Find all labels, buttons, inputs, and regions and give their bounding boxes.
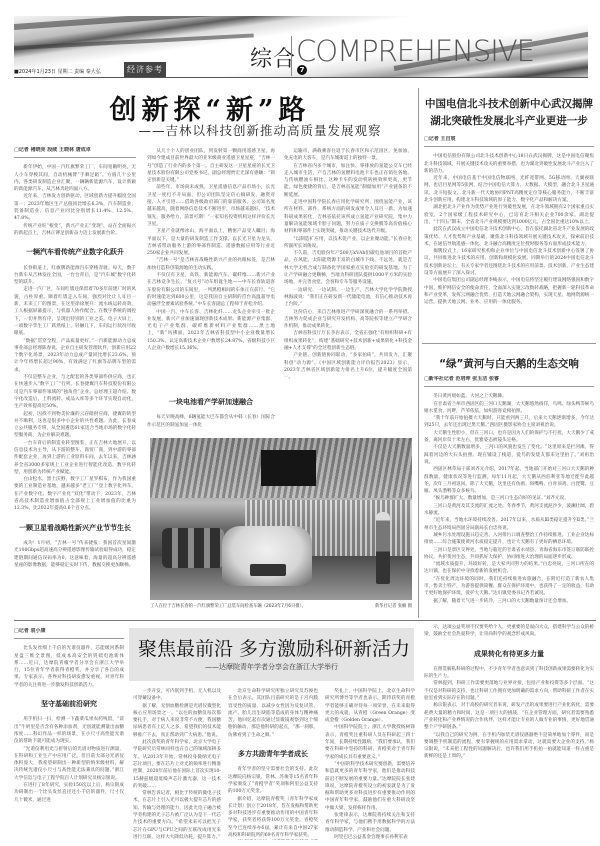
paragraph: “数据”贯穿全程，产品质量更好。”一汽新能源动力总成事业部总经理陈春说。企业自主…	[14, 338, 136, 374]
bottom-article-column-1: □记者 袁小康 比头发丝细上千倍的光谱仪器件，芯能级河系制星盘三维全景图，低成本…	[14, 628, 124, 840]
paragraph: 每天早晚高峰，6辆氢能大巴车都会从中韩（长春）国际合作示范区的制氢加氢一体化	[147, 414, 275, 429]
paragraph: 揭牌仪式上，16家研究机构和企业单位与中国电信北斗技术创新中心签署了协议，共同推…	[424, 248, 594, 277]
paragraph: 白山松水，黑土沃野，数字工厂星罗棋布，作为我国重要的工业制造业基地，越来越多“老…	[14, 476, 136, 512]
paragraph: 中国一汽、中车长客、吉林化纤……龙头企业牵引一批企业发展，新兴产业加速涌现创新技…	[147, 309, 275, 353]
masthead: 综合 COMPREHENSIVE 7 ■2024年1月23日 星期二 责编 秦大…	[14, 16, 588, 78]
paragraph: 常林提到，科研工作需要更落地与业界对接，包括产业和投资等多个层面。“这不仅是对科…	[424, 680, 594, 702]
paragraph: “吉林一号”是吉林省战略性新兴产业的亮眼标签，是吉林加快打造科创策源地的生动实践…	[147, 257, 275, 272]
masthead-stripe	[14, 33, 254, 50]
paragraph: 据介绍，达摩院青橙奖（青年科学家成长计划）创立于2018年，旨在发掘和帮助更多对…	[228, 796, 318, 840]
paragraph: 卫星产业就像冰山，海平面以上，精密产品受人瞩目；海平面以下，是大量的研发制造工作…	[147, 228, 275, 257]
section-subhead: 成果转化有待更多力量	[424, 651, 594, 658]
paragraph: 一边研究、一边试制、一边生产，吉林大学化学学院教授林海波说：“我们正在研发新一代…	[284, 287, 412, 309]
paragraph: 近年来，中国电信基于中国电信物联网、光纤宽带网、5G移动网、天翼视联网，也启目星…	[424, 175, 594, 204]
main-article-column-1: □记者 褚晓亮 段续 王晓林 唐成卓 新年伊始，中国一汽红旗繁荣工厂，车间宽敞明…	[14, 147, 136, 622]
paragraph: 不仅仅有卫星，高铁、新能源汽车、碳纤维……新兴产业在吉林竞争生长。“复兴号”动车…	[147, 272, 275, 308]
bottom-article-column-3: 北京生命科学研究所独立研究员苏俊也在会后表示，其团队目前研究的是子宫内膜容受性的…	[228, 688, 318, 840]
paragraph: 湖北把北斗产业作为优势产业进行突破性发展，在北斗领域拥有2个国家重点实验室，2个…	[424, 204, 594, 226]
main-article-column-2b: 一块电池看产学研加速融合 每天早晚高峰，6辆氢能大巴车都会从中韩（长春）国际合作…	[147, 395, 275, 435]
paragraph: 在照贯解私科研的过程中，不少青年学者也意识到了科技创新成果需要转化为实际的生产力…	[424, 666, 594, 681]
paragraph: 中国电信集团公司副总经理李峻表示，中国电信将坚定履行建设网络强国和数字中国、维护…	[424, 277, 594, 306]
paragraph: 起初，因找不到物美价廉的云存储供应商，捷翼的转型并不顺利，这也是很多中小企业的共…	[14, 411, 136, 440]
section-subhead: 多方共励青年学者成长	[228, 751, 318, 758]
section-subhead: 一辆汽车看传统产业数字化跃升	[14, 249, 136, 256]
paragraph: 在吉林省内多个城市，加注快、零排放的氢能公交车已经走入城市生活，产自吉林的氢燃料…	[284, 163, 412, 199]
bottom-article-column-4: 奖礼上，中国科学院上，北京生命科学研究所博导等学者也表示，期待获奖的青橙学者能够…	[325, 688, 415, 840]
paragraph: 中国电信股份有限公司北斗技术创新中心18日在武汉揭牌，这是中国电信聚焦北斗科技领…	[424, 153, 594, 175]
right-article-1-title-line-1: 中国电信北斗技术创新中心武汉揭牌	[424, 96, 594, 113]
paragraph: 此次获奖的青年科学家、北京大学电子学院研究员常林同样也在自己的领域深耕多年。从2…	[133, 739, 221, 790]
main-article-column-3: 运输市，满载乘客往返于长春市区和示范园区，免加油、免充电的大客车，是汽车城街道上…	[284, 148, 412, 436]
paragraph: 不仅是整车企业，与之配套的各类零部件供应商，也正在快速步入“数字工厂”行列。长春…	[14, 374, 136, 410]
paragraph: 从几十个人的创业团队，到发射第一颗商用遥感卫星，再到如今建成目前世界最大的亚米级…	[147, 148, 275, 184]
photo-car-row	[162, 528, 224, 568]
photo-caption: 工人在位于吉林长春的一汽红旗繁荣工厂总装车间检查车辆（2023年7月6日摄）。 …	[150, 603, 412, 609]
paragraph: 成功！1月初，“吉林一号”传来捷报：我国首次星间激光100Gbps超高速高分辨遥…	[14, 540, 136, 569]
paragraph: 张建锋表示，达摩院将持续关注和支持青年科学家，与他们携手用数据科学的方法推动制造…	[325, 812, 415, 834]
paragraph: 吉林省科技厅厅长李岩表示，全省正强化“有组织科研+有组织成果转化”，构建“基础研…	[284, 330, 412, 352]
bottom-subheadline: ——达摩院青年学者分享会在浙江大学举行	[129, 662, 414, 672]
photo-worker	[376, 512, 390, 584]
section-subhead: 一颗卫星看战略性新兴产业节节生长	[14, 525, 136, 532]
masthead-divider	[291, 36, 292, 76]
main-article-column-2: 从几十个人的创业团队，到发射第一颗商用遥感卫星，再到如今建成目前世界最大的亚米级…	[147, 148, 275, 393]
photo-car	[222, 526, 312, 586]
paragraph: 运输市，满载乘客往返于长春市区和示范园区，免加油、免充电的大客车，是汽车城街道上…	[284, 148, 412, 163]
photo-display-screen	[261, 450, 316, 486]
paragraph: 阿里巴巴公益基金会理事长孙利军表	[325, 834, 415, 840]
paragraph: 城乡污水处理设施日趋完善，入河排污口调查整治工作持续推进，工业企业达标排放……综…	[424, 532, 594, 547]
newspaper-logo: 经济参考报	[124, 62, 166, 78]
paragraph: 大天鹅生性胆小，但在三河口，也许是因为人们的保护与不打扰，大天鹅少了戒备，离河岸…	[424, 430, 594, 445]
paragraph: 西固区林草局干部刘齐元介绍，2017年起，当地部门开始对三河口大天鹅的种群数量、…	[424, 466, 594, 495]
paragraph: 传统产业旺“根变”，新兴产业正“变现”，站在全面振兴的新起点上，吉林正铆足创新奋…	[14, 223, 136, 238]
paragraph: 在甘肃省兰州市西固区的三河口天鹅湖，大天鹅悠然徜徉，鸟鸣、绿头鸭等候鸟嬉水觅食，…	[424, 401, 594, 416]
page-number-badge: 7	[297, 65, 307, 75]
paragraph: “以我自己的研究为例，在手机内加装光谱仪感器绝不是简单地加个零件，而是要调整手机…	[424, 732, 594, 761]
paragraph: 一台车背后的制造业转型图鉴，正在吉林大地展开。以信息技术为主导，从下游的整车、商…	[14, 440, 136, 476]
paragraph: 近年来，吉林发力创新驱动，区域创新力提升幅度全国第一；2023年地区生产总值同比…	[14, 193, 136, 222]
paragraph: “以制造扩应用，以技术促产业，以企业聚动能。”长春应化所副所长刘俊说。	[284, 236, 412, 251]
paragraph: 一步开发，可内嵌到手机、无人机以及可穿戴设备中。	[133, 688, 221, 703]
section-title-english: COMPREHENSIVE	[296, 34, 534, 68]
paragraph: 用手机扫一扫，检测一下蔬菜瓜果农药残留，“读出”牛奶里是否含有各种添加剂，无创就…	[14, 716, 124, 745]
bottom-headline: 聚焦最前沿 多方激励科研新活力	[129, 634, 419, 661]
paragraph: 常林告诉记者，相比于传统的微电子技术，在芯片上引入光可以极大提升芯片的感知、传输…	[133, 790, 221, 840]
paragraph: “候鸟种群扩大、数量增加，是三河口生态向好的见证。”刘齐元说。	[424, 495, 594, 502]
paragraph: 奖礼上，中国科学院上，北京生命科学研究所博导等学者也表示，期待获奖的青橙学者能够…	[325, 688, 415, 724]
paragraph: 比头发丝细上千倍的光谱仪器件，芯能级河系制星盘三维全景图，低成本高安全的钒硫电池…	[14, 645, 124, 689]
paragraph: 三河口是黄河及其支流的汇流之处。冬春季节，黄河支流泥沙少，波澜壮阔，碧水静流。	[424, 503, 594, 518]
main-byline: □记者 褚晓亮 段续 王晓林 唐成卓	[14, 147, 136, 158]
paragraph: 不仅是大天鹅数量增多，三河口的风貌也发生了变化。“这里原来是拦河滩，得踩着河边的…	[424, 444, 594, 466]
section-title: 综合	[250, 42, 296, 73]
paragraph: “在优化周边环境的同时，我们还持续推进农旅融合，在附近打造了新农人集市，售卖土特…	[424, 576, 594, 598]
column-divider	[418, 88, 419, 618]
paragraph: “我十年前开始拍摄大天鹅时，只能看到两三只，后来大天鹅逐渐增多，今年达到25只，…	[424, 415, 594, 430]
right-article-1-title-line-2: 湖北突破性发展北斗产业更进一步	[424, 113, 594, 130]
paragraph: 中国科学院院士、浙江大学教授杨树锋表示，青橙奖注重科研人员在科研起三四十年间，长…	[325, 724, 415, 760]
paragraph: 据了解，随着天气进一步转冷，三河口的大天鹅数量预计还会增加。	[424, 598, 594, 605]
right-article-1-body: □记者 王自宸 中国电信股份有限公司北斗技术创新中心18日在武汉揭牌，这是中国电…	[424, 136, 594, 336]
paragraph: 产业链、创新链协同联动，“多家拍砖”，共同发力，汇聚科创“动力源”。《中国区域创…	[284, 352, 412, 381]
caption-text: 工人在位于吉林长春的一汽红旗繁荣工厂总装车间检查车辆（2023年7月6日摄）。	[150, 604, 306, 609]
paragraph: “比起走出神坛、更难的是走出荣誉。”爾	[228, 839, 318, 840]
right-article-2-body: □新华社记者 范培坤 张玉洁 张睿 冬日黄河缓如蓝，大河之上天鹅舞。 在甘肃省兰…	[424, 376, 594, 616]
paragraph: 这份信心，来自吉林推进产学研深度融合的一系列举措。吉林努力促成企业与研究开发机构…	[284, 309, 412, 331]
paragraph: 此次在武汉成立中国电信北斗技术创新中心，旨在依托湖北省北斗产业发展的政策优势、人…	[424, 226, 594, 248]
paragraph: 青年学者的坚守需要社会的支持。此次达摩院向杨宗银、常林、苏俊等15名青年科学家颁…	[228, 766, 318, 795]
paragraph: 走进一汽厂区，车间红墙还保留着70多年前建厂时的风貌，古朴厚重。顺着红墙走入车间…	[14, 286, 136, 337]
right-article-2-title: “绿”黄河与白天鹅的生态交响	[424, 356, 594, 373]
factory-photo	[150, 438, 412, 600]
bottom-article-column-5: 示，达项公益奖项不仅要奖给个人，更重要的是面向大众，搭建科学与公众的桥梁，鼓励全…	[424, 624, 594, 840]
paragraph: “近年来，当地水环境持续改善。2017年以来，水质从Ⅲ类稳定提升至Ⅱ类。”兰州市…	[424, 517, 594, 532]
paragraph: 示，达项公益奖项不仅要奖给个人，更重要的是面向大众，搭建科学与公众的桥梁，鼓励全…	[424, 624, 594, 639]
right-article-2-byline: □新华社记者 范培坤 张玉洁 张睿	[424, 376, 594, 387]
masthead-stripe	[14, 16, 313, 30]
paragraph: “中国的科学技术研究要创新，需要培养和造就更多的青年科学家，他们是推动科技前沿不…	[325, 761, 415, 812]
section-subhead: 一块电池看产学研加速融合	[147, 399, 275, 406]
section-subhead: 坚守基础前沿研究	[14, 701, 124, 708]
paragraph: “流域水质提升，环境好转，是大家共同努力的结果。”白忠亮说，三河口所在的达川镇，…	[424, 561, 594, 576]
paragraph: 杨宗银表示，对于高校的研究者来说，研发产出的成果要进行产业化转化，需要耗费大量的…	[424, 702, 594, 731]
paragraph: 在进行了8年研究，实验150次以上后，杨宗银成功研制出一个比头发丝直径还小千倍的…	[14, 782, 124, 804]
main-subheadline: ——吉林以科技创新推动高质量发展观察	[100, 121, 420, 139]
article-divider	[422, 343, 596, 344]
paragraph: 走进中国科学院长春应用化学研究所，围绕氢能产业，该所在材料、部件、系统方面的研发…	[284, 199, 412, 235]
paragraph: 据了解，无创血糖检测是光谱仪微型化核心应用场景之一。“以往的血糖仪每次都要扎手，…	[133, 703, 221, 739]
date-line: ■2024年1月23日 星期二 责编 秦大弘	[14, 68, 101, 75]
paragraph: 新年伊始，中国一汽红旗繁荣工厂，车间宽敞明亮，无人小车穿梭其间，自动机械臂“手舞…	[14, 164, 136, 193]
paragraph: “光谱仪利用光与折射后的光谱对物质进行测量，在科研和工业生产中应用广泛，但目前大…	[14, 746, 124, 782]
photo-car-grille	[250, 564, 286, 576]
paragraph: 冬日黄河缓如蓝，大河之上天鹅舞。	[424, 393, 594, 400]
paragraph: 北京生命科学研究所独立研究员苏俊也在会后表示，其团队目前研究的是子宫内膜容受性的…	[228, 688, 318, 739]
bottom-byline: □记者 袁小康	[14, 628, 124, 639]
section-divider	[14, 620, 596, 621]
paragraph: 不久前，吉电股份年产500万kVAh铅碳电池项目的首批产品，在风能、太阳能资源丰…	[284, 250, 412, 286]
right-article-1-byline: □记者 王自宸	[424, 136, 594, 147]
paragraph: 前些年，市场尚未成熟，卫星遥感信息产品市场小，长光卫星一度打不开局面，但公司团队…	[147, 184, 275, 228]
paragraph: 长春街道上，红旗牌新能源汽车穿梭奔驰。每天，数千台新车从吉林发往全国，一台台背后…	[14, 265, 136, 287]
bottom-article-column-2: 一步开发，可内嵌到手机、无人机以及可穿戴设备中。 据了解，无创血糖检测是光谱仪微…	[133, 688, 221, 840]
photo-credit: 新华社记者 张楠 摄	[375, 603, 412, 609]
paragraph: 三河口是景区交界处，当地与临近的甘肃省永靖县、青海省海东市签订联防联控协议，共护…	[424, 547, 594, 562]
